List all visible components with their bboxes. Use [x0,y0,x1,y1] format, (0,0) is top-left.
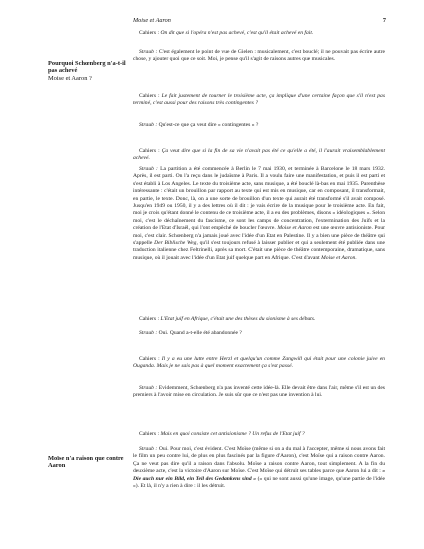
margin-note-plain: Moise et Aaron ? [48,75,126,82]
paragraph-text: C'est également le point de vue de Giele… [133,49,385,62]
paragraph-text: Evidemment, Schœnberg n'a pas inventé ce… [133,385,385,398]
paragraph-text: L'Etat juif en Afrique, c'était une des … [160,316,315,322]
dialogue-paragraph: Cahiers : Le fait justement de tourner l… [133,93,385,108]
dialogue-paragraph: Straub : Qu'est-ce que ça veut dire « co… [133,122,385,129]
speaker-label: Straub : [139,385,157,391]
document-page: Moise et Aaron 7 Pourquoi Schœnberg n'a-… [0,0,424,549]
dialogue-paragraph: Straub : Oui. Quand a-t-elle été abandon… [133,330,385,337]
dialogue-paragraph: Cahiers : Il y a eu une lutte entre Herz… [133,356,385,371]
dialogue-paragraph: Straub : La partition a été commencée à … [133,166,385,262]
work-title: Der Biblische Weg [154,240,196,246]
paragraph-text: Mais en quoi consiste cet antisionisme ?… [160,431,304,437]
paragraph-text: Oui. Quand a-t-elle été abandonnée ? [159,330,242,336]
speaker-label: Cahiers : [139,93,160,99]
dialogue-paragraph: Cahiers : On dit que si l'opéra n'est pa… [133,30,385,37]
dialogue-paragraph: Cahiers : L'Etat juif en Afrique, c'étai… [133,316,385,323]
paragraph-text: Oui. Pour moi, c'est évident. C'est Moïs… [133,446,385,474]
margin-note-why-unfinished: Pourquoi Schœnberg n'a-t-il pas achevé M… [48,60,126,82]
dialogue-paragraph: Straub : C'est également le point de vue… [133,49,385,64]
speaker-label: Cahiers : [139,30,159,36]
speaker-label: Straub : [139,49,157,55]
dialogue-paragraph: Cahiers : Ça veut dire que si la fin de … [133,148,385,163]
margin-note-bold: Pourquoi Schœnberg n'a-t-il pas achevé [48,60,126,75]
page-number: 7 [383,17,386,24]
speaker-label: Straub : [139,122,157,128]
paragraph-text: Le fait justement de tourner le troisièm… [133,93,385,106]
speaker-label: Cahiers : [139,316,159,322]
work-title: Moise et Aaron [277,225,311,231]
running-header: Moise et Aaron 7 [133,17,386,24]
paragraph-text: . [355,255,356,261]
work-title: Moise et Aaron [321,255,355,261]
paragraph-text: Qu'est-ce que ça veut dire « contingente… [159,122,259,128]
dialogue-paragraph: Straub : Oui. Pour moi, c'est évident. C… [133,446,385,490]
speaker-label: Straub : [139,330,157,336]
dialogue-paragraph: Cahiers : Mais en quoi consiste cet anti… [133,431,385,438]
speaker-label: Cahiers : [139,148,160,154]
paragraph-text: Ça veut dire que si la fin de sa vie n'a… [133,148,385,161]
dialogue-paragraph: Straub : Evidemment, Schœnberg n'a pas i… [133,385,385,400]
speaker-label: Cahiers : [139,356,160,362]
margin-note-bold: Moïse n'a raison que contre Aaron [48,455,126,470]
speaker-label: Straub : [139,166,158,172]
speaker-label: Cahiers : [139,431,159,437]
paragraph-text: Il y a eu une lutte entre Herzl et quelq… [133,356,385,369]
paragraph-text: La partition a été commencée à Berlin le… [133,166,385,231]
running-title: Moise et Aaron [133,17,171,24]
speaker-label: Straub : [139,446,157,452]
margin-note-moses-right: Moïse n'a raison que contre Aaron [48,455,126,470]
paragraph-text: On dit que si l'opéra n'est pas achevé, … [160,30,313,36]
